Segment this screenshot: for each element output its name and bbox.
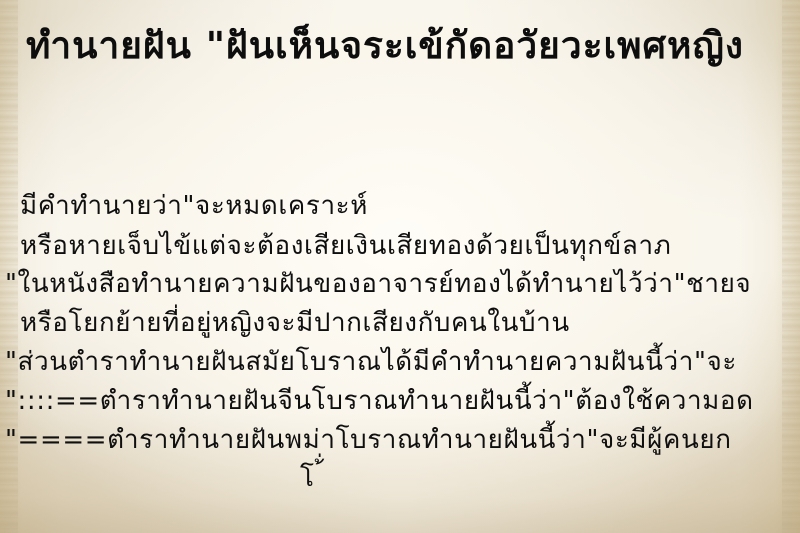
- parchment-edge-right: [782, 0, 800, 533]
- body-line-8-partial: โ ้่: [300, 458, 324, 498]
- page-title: ทำนายฝัน "ฝันเห็นจระเข้กัดอวัยวะเพศหญิง: [26, 18, 744, 74]
- body-line-1: มีคำทำนายว่า"จะหมดเคราะห์: [20, 186, 368, 226]
- body-line-4: หรือโยกย้ายที่อยู่หญิงจะมีปากเสียงกับคนใ…: [20, 303, 570, 343]
- body-line-7: "====ตำราทำนายฝันพม่าโบราณทำนายฝันนี้ว่า…: [5, 420, 732, 460]
- body-line-6: "::::==ตำราทำนายฝันจีนโบราณทำนายฝันนี้ว่…: [5, 381, 754, 421]
- body-line-5: "ส่วนตำราทำนายฝันสมัยโบราณได้มีคำทำนายคว…: [5, 342, 737, 382]
- body-line-3: "ในหนังสือทำนายความฝันของอาจารย์ทองได้ทำ…: [5, 264, 751, 304]
- body-line-2: หรือหายเจ็บไข้แต่จะต้องเสียเงินเสียทองด้…: [20, 226, 671, 266]
